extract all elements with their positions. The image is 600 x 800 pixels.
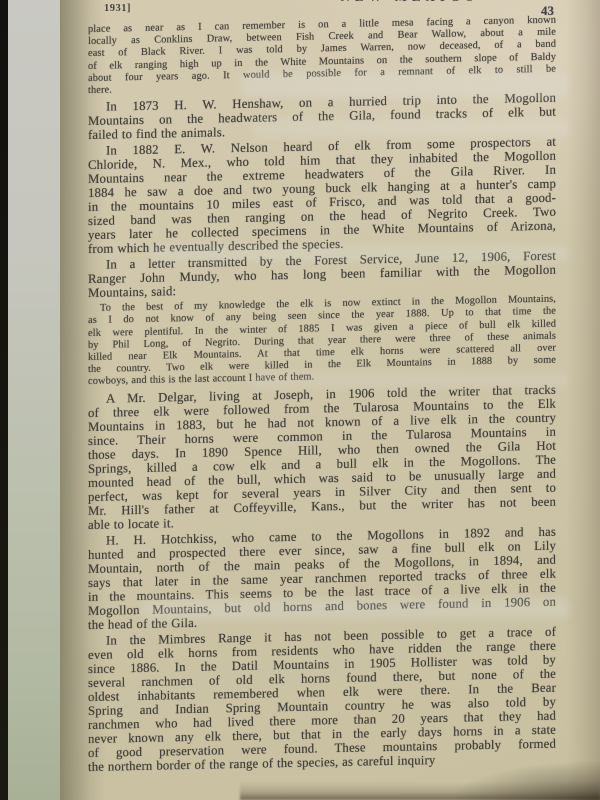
paragraph: In a letter transmitted by the Forest Se… — [88, 249, 556, 300]
paragraph: A Mr. Delgar, living at Joseph, in 1906 … — [88, 382, 556, 531]
quote-block: place as near as I can remember is on a … — [88, 15, 556, 98]
paragraph: In the Mimbres Range it has not been pos… — [88, 624, 556, 773]
quote-block: To the best of my knowledge the elk is n… — [88, 294, 556, 389]
book-page-photo: { "colors": { "paper": "#cec5a8", "ink":… — [0, 0, 600, 800]
paragraph: H. H. Hotchkiss, who came to the Mogollo… — [88, 524, 556, 631]
right-edge-shadow — [566, 0, 600, 800]
folio-year: 1931] — [104, 3, 131, 14]
paragraph: In 1873 H. W. Henshaw, on a hurried trip… — [88, 91, 556, 142]
corner-shadow — [450, 760, 600, 800]
paragraph: In 1882 E. W. Nelson heard of elk from s… — [88, 135, 556, 256]
page-text: place as near as I can remember is on a … — [88, 15, 556, 774]
facing-page-strip — [8, 0, 60, 800]
book-edge-strip — [0, 0, 8, 800]
